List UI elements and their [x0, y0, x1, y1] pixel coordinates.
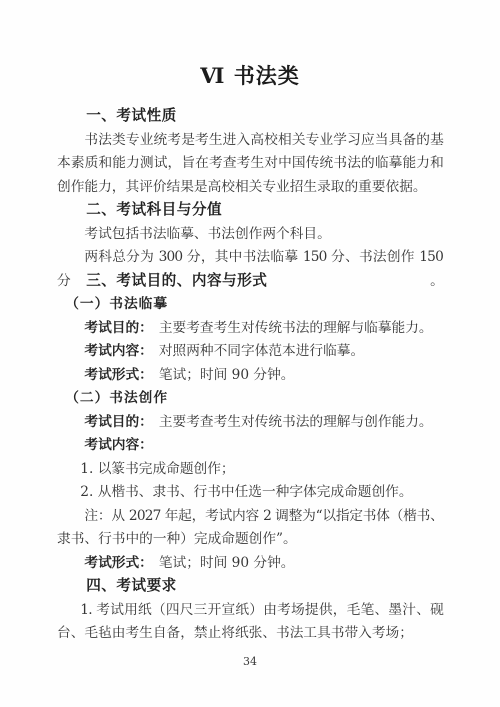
labeled-line: 考试目的：主要考查考生对传统书法的理解与临摹能力。 [57, 317, 443, 341]
list-item: 2. 从楷书、隶书、行书中任选一种字体完成命题创作。 [57, 481, 443, 505]
section-heading-2: 二、考试科目与分值 [57, 199, 443, 223]
labeled-line: 考试内容： [57, 434, 443, 458]
paragraph-line: 书法类专业统考是考生进入高校相关专业学习应当具备的基 [57, 129, 443, 153]
field-label: 考试内容： [84, 437, 152, 453]
page-number: 34 [0, 652, 500, 672]
field-label: 考试目的： [84, 320, 152, 336]
labeled-line: 考试内容：对照两种不同字体范本进行临摹。 [57, 340, 443, 364]
field-label: 考试形式： [84, 555, 152, 571]
field-label: 考试目的： [84, 414, 152, 430]
labeled-line: 考试形式：笔试；时间 90 分钟。 [57, 364, 443, 388]
paragraph-line: 两科总分为 300 分，其中书法临摹 150 分、书法创作 150 分。 [57, 246, 443, 270]
document-body: 一、考试性质 书法类专业统考是考生进入高校相关专业学习应当具备的基 本素质和能力… [0, 105, 500, 646]
document-page: Ⅵ 书法类 一、考试性质 书法类专业统考是考生进入高校相关专业学习应当具备的基 … [0, 0, 500, 707]
field-text: 笔试；时间 90 分钟。 [159, 367, 295, 383]
field-text: 主要考查考生对传统书法的理解与创作能力。 [159, 414, 433, 430]
section-heading-4: 四、考试要求 [57, 575, 443, 599]
field-text: 对照两种不同字体范本进行临摹。 [159, 343, 364, 359]
field-label: 考试形式： [84, 367, 152, 383]
subsection-heading-1: （一）书法临摹 [57, 293, 443, 317]
labeled-line: 考试形式：笔试；时间 90 分钟。 [57, 552, 443, 576]
page-title: Ⅵ 书法类 [0, 60, 500, 92]
subsection-heading-2: （二）书法创作 [57, 387, 443, 411]
note-line: 隶书、行书中的一种）完成命题创作”。 [57, 528, 443, 552]
labeled-line: 考试目的：主要考查考生对传统书法的理解与创作能力。 [57, 411, 443, 435]
field-label: 考试内容： [84, 343, 152, 359]
field-text: 主要考查考生对传统书法的理解与临摹能力。 [159, 320, 433, 336]
list-item: 1. 以篆书完成命题创作； [57, 458, 443, 482]
note-line: 注：从 2027 年起，考试内容 2 调整为“以指定书体（楷书、 [57, 505, 443, 529]
paragraph-line: 考试包括书法临摹、书法创作两个科目。 [57, 223, 443, 247]
list-item: 台、毛毡由考生自备，禁止将纸张、书法工具书带入考场； [57, 622, 443, 646]
section-heading-1: 一、考试性质 [57, 105, 443, 129]
field-text: 笔试；时间 90 分钟。 [159, 555, 295, 571]
list-item: 1. 考试用纸（四尺三开宣纸）由考场提供，毛笔、墨汁、砚 [57, 599, 443, 623]
paragraph-line: 创作能力，其评价结果是高校相关专业招生录取的重要依据。 [57, 176, 443, 200]
paragraph-line: 本素质和能力测试，旨在考查考生对中国传统书法的临摹能力和 [57, 152, 443, 176]
